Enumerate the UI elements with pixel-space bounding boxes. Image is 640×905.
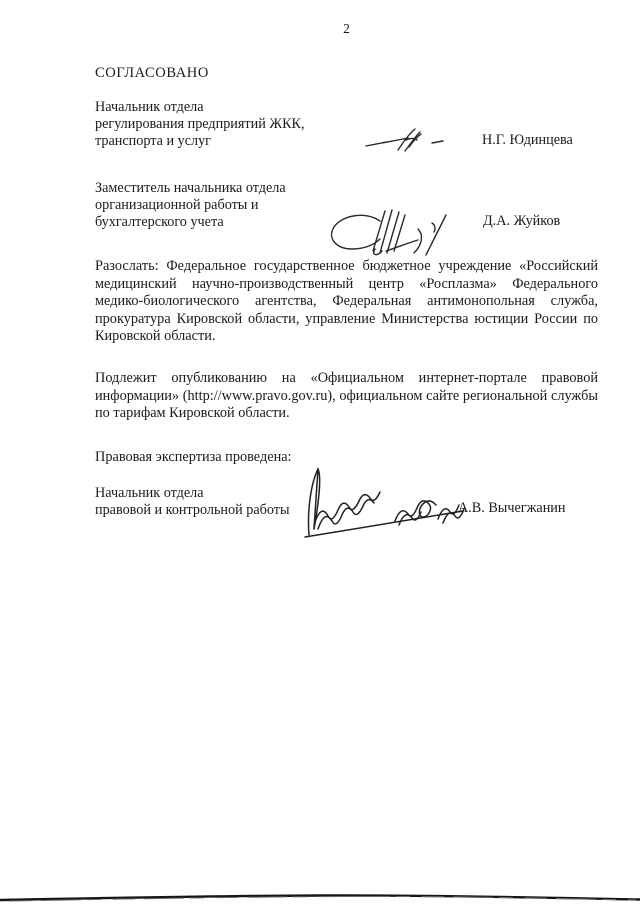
signature-1-icon xyxy=(364,126,446,156)
page-number: 2 xyxy=(95,21,598,37)
document-page: 2 СОГЛАСОВАНО Начальник отдела регулиров… xyxy=(0,0,640,905)
signatory-1-title-line: регулирования предприятий ЖКК, xyxy=(95,116,405,133)
signature-2-icon xyxy=(328,207,453,257)
signatory-1-title-line: Начальник отдела xyxy=(95,99,405,116)
signatory-1-name: Н.Г. Юдинцева xyxy=(482,132,573,149)
legal-expertise-line: Правовая экспертиза проведена: xyxy=(95,449,292,466)
publication-paragraph: Подлежит опубликованию на «Официальном и… xyxy=(95,370,598,423)
legal-officer-name: А.В. Вычегжанин xyxy=(458,500,565,517)
signature-3-icon xyxy=(303,463,468,539)
scan-artifact-line xyxy=(0,888,640,905)
signatory-1-title-line: транспорта и услуг xyxy=(95,133,405,150)
signatory-1-title: Начальник отдела регулирования предприят… xyxy=(95,99,405,150)
distribution-paragraph: Разослать: Федеральное государственное б… xyxy=(95,258,598,346)
signatory-2-title-line: Заместитель начальника отдела xyxy=(95,180,405,197)
approval-heading: СОГЛАСОВАНО xyxy=(95,65,209,82)
signatory-2-name: Д.А. Жуйков xyxy=(483,213,560,230)
